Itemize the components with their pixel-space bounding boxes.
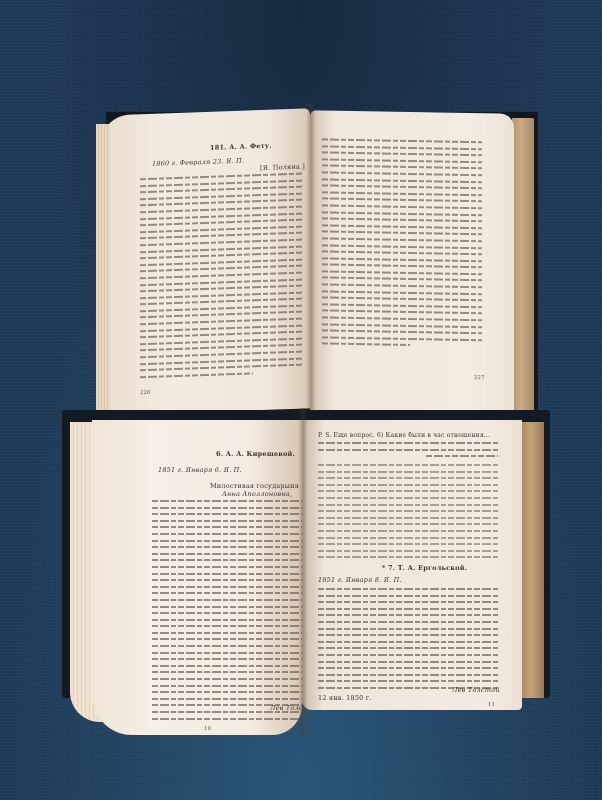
body-text [152,500,302,724]
page-number: 11 [488,702,495,708]
page-edges [512,118,534,416]
closing-date: 12 янв. 1850 г. [318,694,372,702]
left-page-edges [96,124,110,414]
right-page: 227 [310,110,514,414]
left-page: 6. А. А. Кирешевой. 1851 г. Января 6. Я.… [92,420,302,735]
body-text [322,138,482,352]
footnotes [318,464,498,563]
letter-dateline: 1860 г. Февраля 23. Я. П. [152,157,244,168]
body-text [318,588,498,694]
photo-scene: 181. А. А. Фету. 1860 г. Февраля 23. Я. … [0,0,602,800]
page-number: 227 [474,375,485,381]
left-page: 181. А. А. Фету. 1860 г. Февраля 23. Я. … [100,108,310,415]
signature: Лев Толстой [452,686,500,694]
letter-heading: 6. А. А. Кирешевой. [216,450,295,458]
salutation: Милостивая государыня [210,482,299,490]
top-open-book: 181. А. А. Фету. 1860 г. Февраля 23. Я. … [96,104,536,414]
page-edges [520,422,544,698]
salutation-name: Анна Аполлоновна, [222,490,292,498]
letter-heading: 181. А. А. Фету. [210,142,272,152]
book-gutter [298,408,308,738]
postscript-text [318,442,498,462]
body-text [140,173,302,383]
letter-heading: * 7. Т. А. Ергольской. [382,564,467,572]
right-page: P. S. Еще вопрос. 6) Какие были в час от… [302,420,522,710]
page-number: 226 [140,390,151,396]
bottom-open-book: 6. А. А. Кирешевой. 1851 г. Января 6. Я.… [62,408,550,738]
letter-dateline: 1851 г. Января 8. Я. П. [318,576,402,584]
postscript: P. S. Еще вопрос. 6) Какие были в час от… [318,432,490,439]
letter-dateline: 1851 г. Января 6. Я. П. [158,466,242,474]
book-gutter [306,104,316,414]
page-number: 10 [204,726,211,732]
letter-place: [Я. Поляна.] [260,163,305,173]
